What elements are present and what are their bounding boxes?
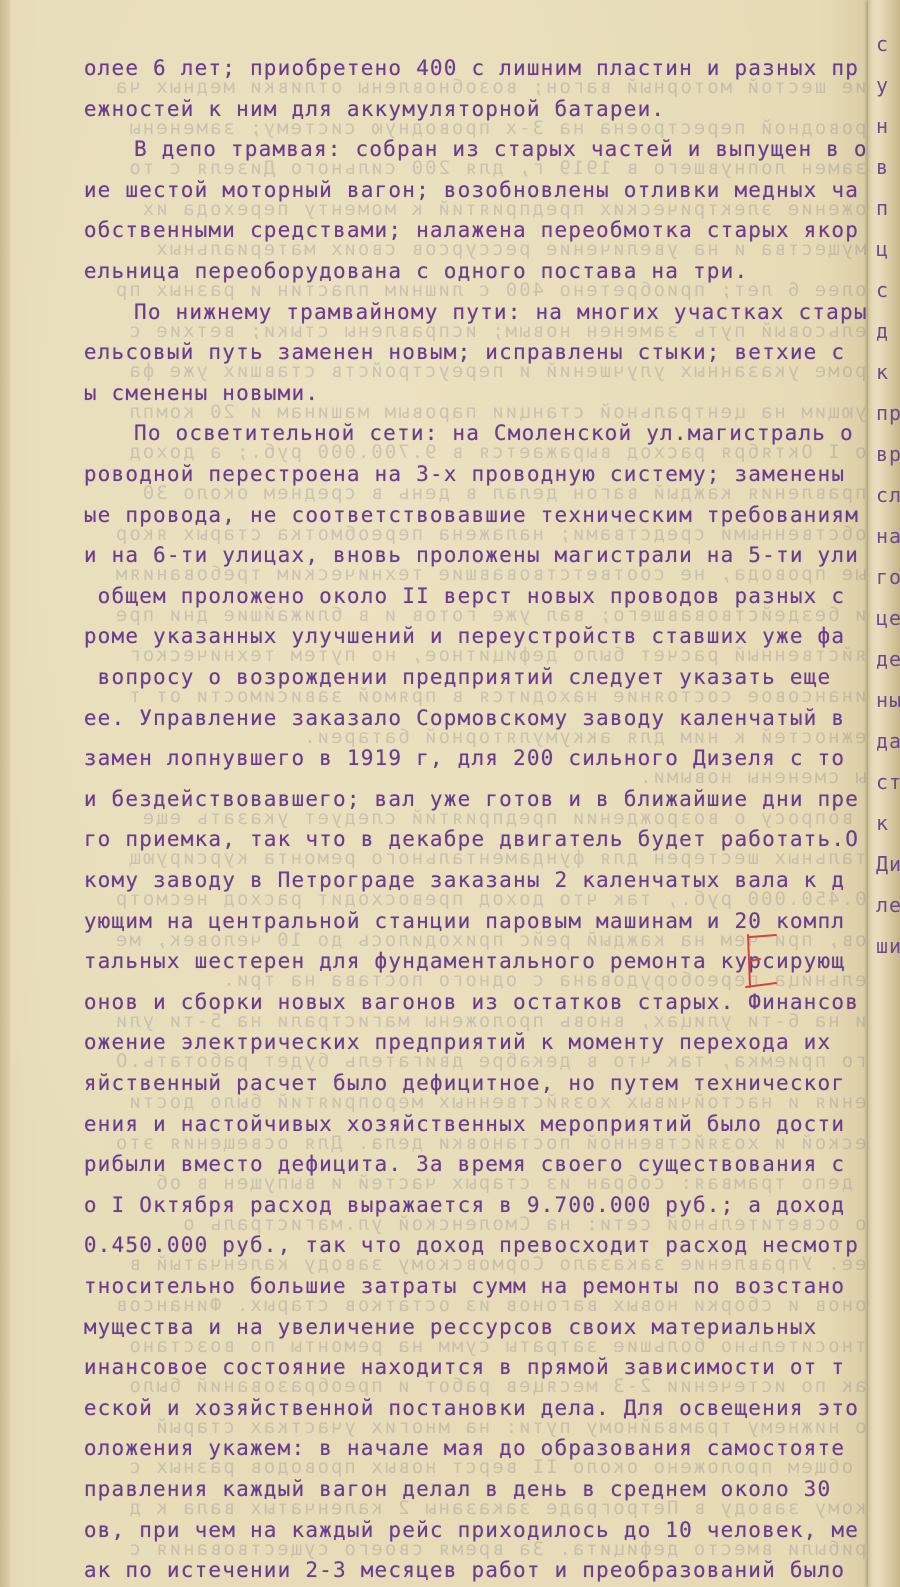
text-line: собственными средствами; налажена переоб…	[84, 218, 859, 242]
adjacent-page-fragment: у	[876, 73, 889, 97]
text-line: взамен лопнувшего в 1919 г, для 200 силь…	[84, 746, 845, 770]
adjacent-page-fragment: це	[876, 606, 900, 630]
adjacent-page-fragment: ны	[876, 688, 900, 712]
adjacent-page-fragment: с	[876, 32, 889, 56]
adjacent-page-fragment: сл	[876, 483, 900, 507]
text-line: положения укажем: в начале мая до образо…	[84, 1436, 845, 1460]
adjacent-page-fragment: ле	[876, 893, 900, 917]
text-line: мельница переоборудована с одного постав…	[84, 259, 748, 283]
text-line: лежностей к ним для аккумуляторной батар…	[84, 97, 665, 121]
text-line: к вопросу о возрождении предприятий след…	[84, 665, 831, 689]
text-line: по I Октября расход выражается в 9.700.0…	[84, 1193, 845, 1217]
red-margin-bracket-mark	[742, 933, 778, 989]
adjacent-page-fragment: пр	[876, 401, 900, 425]
text-line: ческой и хозяйственной постановки дела. …	[84, 1396, 859, 1420]
text-line: проводной перестроена на 3-х проводную с…	[84, 462, 845, 486]
text-line: В депо трамвая: собран из старых частей …	[84, 137, 868, 161]
adjacent-page-fragment: н	[876, 114, 889, 138]
text-line: относительно большие затраты сумм на рем…	[84, 1274, 845, 1298]
text-line: ми на 6-ти улицах, вновь проложены магис…	[84, 543, 859, 567]
adjacent-page-fragment: с	[876, 278, 889, 302]
text-line: шения и настойчивых хозяйственных меропр…	[84, 1112, 845, 1136]
adjacent-page-fragment: п	[876, 196, 889, 220]
adjacent-page-fragment: д	[876, 319, 889, 343]
text-line: Финансовое состояние находится в прямой …	[84, 1355, 845, 1379]
text-line: По осветительной сети: на Смоленской ул.…	[84, 421, 854, 445]
text-line: ни бездействовавшего; вал уже готов и в …	[84, 787, 859, 811]
text-line: гонов и сборки новых вагонов из остатков…	[84, 990, 859, 1014]
adjacent-page-fragment: к	[876, 811, 889, 835]
text-line: как по истечении 2-3 месяцев работ и пре…	[84, 1558, 845, 1582]
text-line: зяйственный расчет было дефицитное, но п…	[84, 1071, 845, 1095]
text-line: сов, при чем на каждый рейс приходилось …	[84, 1518, 859, 1542]
text-line: Управления каждый вагон делал в день в с…	[84, 1477, 831, 1501]
adjacent-page-fragment: ст	[876, 770, 900, 794]
document-page: ние шестой моторный вагон; возобновлены …	[0, 0, 900, 1587]
text-line: стальных шестерен для фундаментального р…	[84, 949, 845, 973]
text-line: По нижнему трамвайному пути: на многих у…	[84, 300, 868, 324]
adjacent-page-fragment: го	[876, 565, 900, 589]
typewritten-text-block: более 6 лет; приобретено 400 с лишним пл…	[84, 0, 868, 1587]
text-line: ние шестой моторный вагон; возобновлены …	[84, 178, 859, 202]
text-line: вующим на центральной станции паровым ма…	[84, 909, 845, 933]
text-line: бы сменены новыми.	[84, 381, 319, 405]
adjacent-page-fragment: вр	[876, 442, 900, 466]
text-line: более 6 лет; приобретено 400 с лишним пл…	[84, 56, 859, 80]
adjacent-page-fragment: ц	[876, 237, 889, 261]
adjacent-page-fragment: к	[876, 360, 889, 384]
adjacent-page-fragment: де	[876, 647, 900, 671]
text-line: 10.450.000 руб., так что доход превосход…	[84, 1233, 859, 1257]
text-line: скому заводу в Петрограде заказаны 2 кал…	[84, 868, 845, 892]
adjacent-page-fragment: на	[876, 524, 900, 548]
text-line: щее. Управление заказало Сормовскому зав…	[84, 706, 845, 730]
adjacent-page-fragment: Ди	[876, 852, 900, 876]
adjacent-page-fragment: в	[876, 155, 889, 179]
text-line: Кроме указанных улучшений и переустройст…	[84, 624, 845, 648]
adjacent-page-fragment: да	[876, 729, 900, 753]
text-line: В общем проложено около II верст новых п…	[84, 584, 845, 608]
adjacent-page-fragments: сунвпцсдкпрврслнагоцеденыдасткДилеши	[874, 0, 900, 1587]
text-line: его приемка, так что в декабре двигатель…	[84, 827, 859, 851]
text-line: рые провода, не соответствовавшие технич…	[84, 503, 859, 527]
page-left-edge	[0, 0, 10, 1587]
text-line: имущества и на увеличение рессурсов свои…	[84, 1315, 818, 1339]
text-line: рельсовый путь заменен новым; исправлены…	[84, 340, 845, 364]
text-line: ложение электрических предприятий к моме…	[84, 1030, 831, 1054]
text-line: прибыли вместо дефицита. За время своего…	[84, 1152, 845, 1176]
adjacent-page-fragment: ши	[876, 934, 900, 958]
